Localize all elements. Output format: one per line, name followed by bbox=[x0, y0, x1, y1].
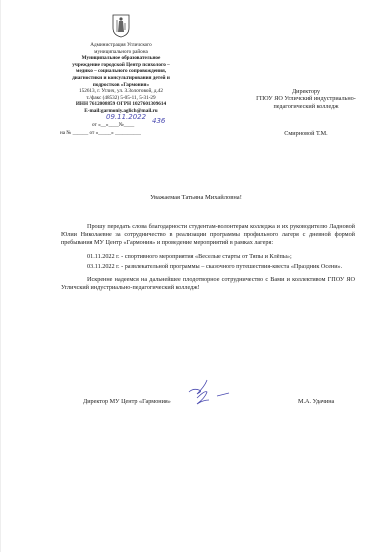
handwritten-signature-icon bbox=[183, 376, 233, 408]
letterhead-line: учреждение городской Центр психолого – bbox=[56, 62, 186, 69]
event-item: 03.11.2022 г. - развлекательной программ… bbox=[61, 263, 355, 271]
letterhead-line: медико – социального сопровождения, bbox=[56, 68, 186, 75]
addressee-block: Директору ГПОУ ЯО Угличский индустриальн… bbox=[241, 88, 371, 138]
body-paragraph: Прошу передать слова благодарности студе… bbox=[61, 223, 355, 248]
addressee-name: Смирновой Т.М. bbox=[241, 130, 371, 137]
letter-page: Администрация Угличского муниципального … bbox=[0, 0, 390, 552]
event-item: 01.11.2022 г. - спортивного мероприятия … bbox=[61, 253, 355, 261]
handwritten-date: 09.11.2022 bbox=[106, 114, 146, 121]
addressee-organization-cont: педагогический колледж bbox=[241, 103, 371, 110]
ref-to: на № ______ от «_____» __________ bbox=[60, 130, 141, 136]
body-paragraph: Искренне надеемся на дальнейшее плодотво… bbox=[61, 276, 355, 292]
ref-from: от «__»____№____ bbox=[92, 122, 134, 128]
letter-body: Прошу передать слова благодарности студе… bbox=[61, 223, 355, 297]
ref-to-row: на № ______ от «_____» __________ bbox=[56, 130, 186, 137]
handwritten-date-row: 09.11.2022 bbox=[56, 115, 186, 122]
letterhead-line: Муниципальное образовательное bbox=[56, 55, 186, 62]
salutation: Уважаемая Татьяна Михайловна! bbox=[1, 194, 390, 201]
letterhead-address: 152613, г. Углич, ул. З.Золотовой, д.42 bbox=[56, 88, 186, 95]
signatory-name: М.А. Удачина bbox=[298, 398, 334, 405]
addressee-position: Директору bbox=[241, 88, 371, 95]
letterhead-phone: т./факс (48532) 5-05-11, 5-31-29 bbox=[56, 95, 186, 102]
letterhead-inn: ИНН 7612008859 ОГРН 1027601309614 bbox=[56, 101, 186, 108]
letterhead: Администрация Угличского муниципального … bbox=[56, 14, 186, 137]
handwritten-number: 436 bbox=[152, 118, 165, 125]
signatory-title: Директор МУ Центр «Гармония» bbox=[83, 398, 171, 405]
letterhead-line: Администрация Угличского bbox=[56, 42, 186, 49]
letterhead-line: диагностики и консультирования детей и bbox=[56, 75, 186, 82]
coat-of-arms-icon bbox=[112, 14, 130, 38]
addressee-organization: ГПОУ ЯО Угличский индустриально- bbox=[241, 95, 371, 102]
signature-block: Директор МУ Центр «Гармония» М.А. Удачин… bbox=[83, 376, 373, 406]
ref-from-row: от «__»____№____ 436 bbox=[56, 122, 186, 129]
